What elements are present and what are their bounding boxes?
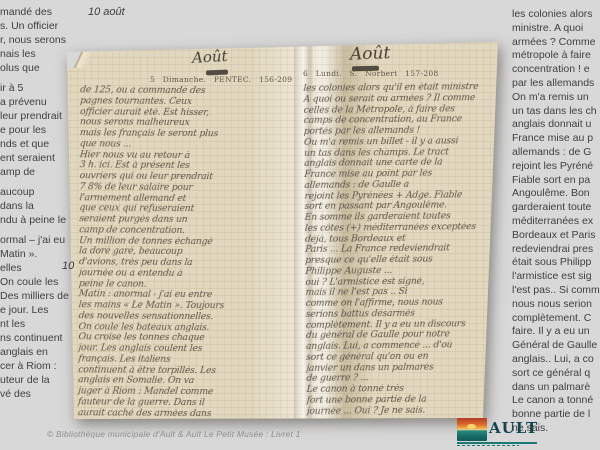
- ault-logo: AULT: [457, 414, 541, 448]
- transcription-line: par les allemands: [512, 77, 600, 91]
- slide-background: mandé dess. Un officierr, nous seronsnai…: [0, 0, 600, 450]
- handwriting-line: français. Les italiens: [78, 354, 295, 366]
- logo-underline: [457, 442, 537, 444]
- date-annotation-top: 10 août: [88, 6, 125, 18]
- transcription-line: On m'a remis un: [512, 91, 600, 105]
- folded-corner: [66, 50, 98, 68]
- transcription-line: complètement. C: [512, 312, 600, 326]
- transcription-line: était sous Philipp: [512, 256, 600, 270]
- transcription-line: anglais donnait u: [512, 118, 600, 132]
- printed-date-header-right: 6 Lundi. S. Norbert 157-208: [303, 69, 439, 78]
- handwriting-line: aurait caché des armées dans: [77, 408, 294, 420]
- handwriting-line: des nouvelles sensationnelles.: [78, 311, 295, 323]
- handwriting-line: fauteur de la guerre. Dans il: [77, 397, 294, 409]
- footer-credit: © Bibliothèque municipale d'Ault & Ault …: [47, 429, 301, 439]
- margin-day-annotation: 10: [62, 260, 74, 272]
- transcription-line: Général de Gaulle: [512, 339, 600, 353]
- handwriting-line: 7 8% de leur salaire pour: [79, 182, 296, 194]
- transcription-line: méditerranées ex: [512, 215, 600, 229]
- transcription-line: l'est pas.. Si comm: [512, 284, 600, 298]
- transcription-line: armées ? Comme: [512, 36, 600, 50]
- transcription-line: métropole à faire: [512, 49, 600, 63]
- transcription-line: concentration ! e: [512, 63, 600, 77]
- transcription-line: un tas dans les ch: [512, 105, 600, 119]
- sunset-sea-icon: [457, 418, 487, 441]
- handwriting-line: que nous ...: [79, 139, 296, 151]
- handwriting-right-page: les colonies alors qu'il en était minist…: [303, 82, 482, 417]
- transcription-line: les colonies alors: [512, 8, 600, 22]
- transcription-line: Bordeaux et Paris: [512, 229, 600, 243]
- handwriting-line: journée ou a entendu à: [78, 268, 295, 280]
- printed-date-header-left: 5 Dimanche. PENTEC. 156-209: [150, 75, 292, 84]
- transcription-line: faire. Il y a eu un: [512, 325, 600, 339]
- transcription-line: rejoint les Pyréné: [512, 160, 600, 174]
- handwriting-left-page: de 125, ou a commandé despagnes tournant…: [78, 85, 296, 420]
- transcription-line: nous nous serion: [512, 298, 600, 312]
- diary-photo: Août 5 Dimanche. PENTEC. 156-209 de 125,…: [0, 0, 600, 450]
- transcription-line: allemands : de G: [512, 146, 600, 160]
- handwriting-line: pagnes tournantes. Ceux: [80, 96, 297, 108]
- transcription-line: garderaient toute: [512, 201, 600, 215]
- transcription-line: l'armistice est sig: [512, 270, 600, 284]
- logo-wordmark: AULT: [489, 419, 538, 437]
- transcription-line: ministre. A quoi: [512, 22, 600, 36]
- logo-microtext-line: [457, 445, 519, 446]
- transcription-line: sort ce général q: [512, 367, 600, 381]
- transcription-line: Fiable sort en pa: [512, 174, 600, 188]
- right-transcription-column: les colonies alorsministre. A quoiarmées…: [512, 8, 600, 436]
- transcription-line: anglais.. Lui, a co: [512, 353, 600, 367]
- month-heading-right: Août: [350, 43, 391, 64]
- transcription-line: France mise au p: [512, 132, 600, 146]
- month-heading-left: Août: [192, 47, 228, 67]
- transcription-line: redeviendrai pres: [512, 243, 600, 257]
- handwriting-line: camp de concentration.: [79, 225, 296, 237]
- transcription-line: dans un palmarè: [512, 381, 600, 395]
- transcription-line: Le canon a tonné: [512, 394, 600, 408]
- transcription-line: Angoulême. Bon: [512, 187, 600, 201]
